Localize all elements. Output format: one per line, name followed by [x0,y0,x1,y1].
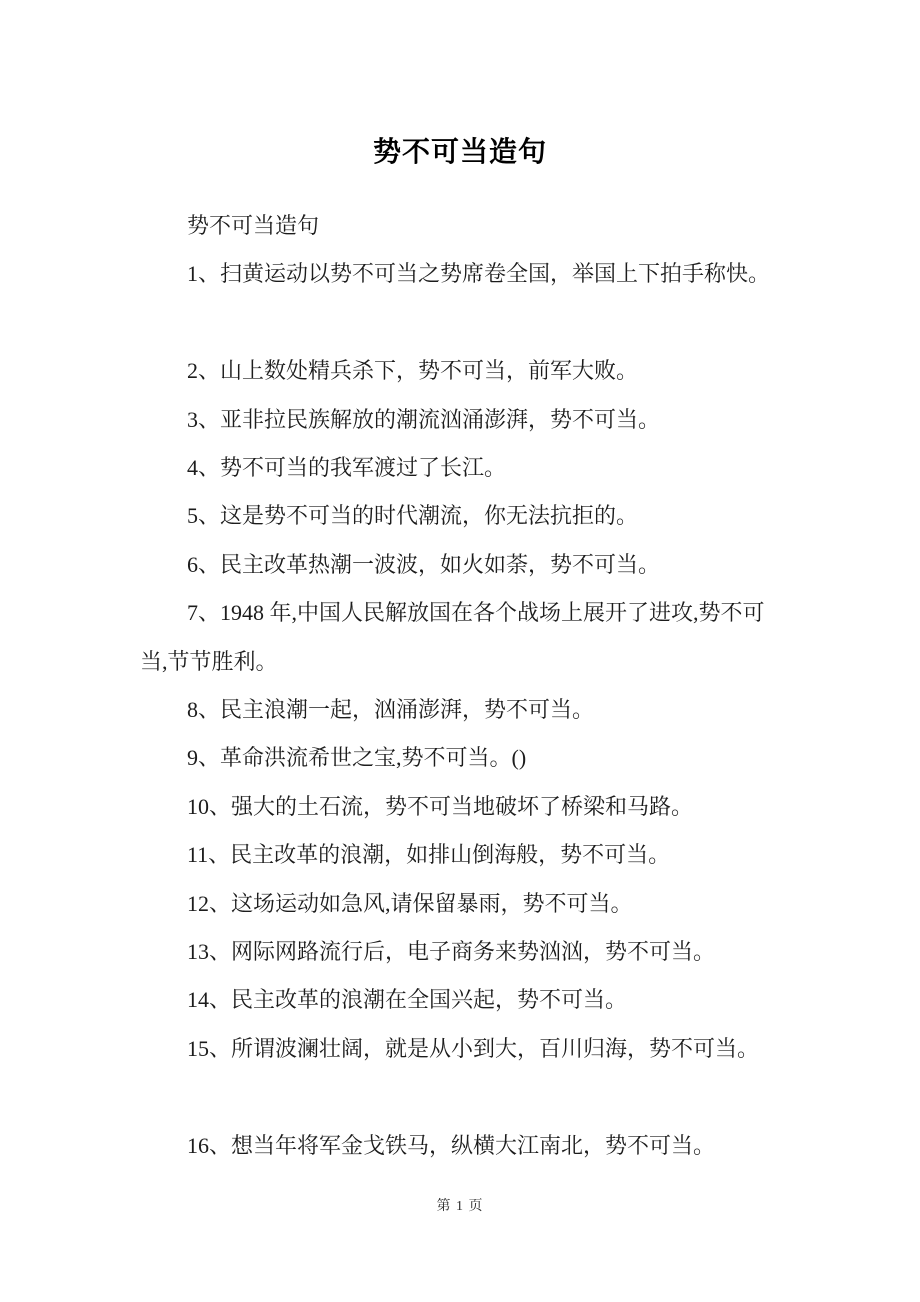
paragraph-sentence-4: 4、势不可当的我军渡过了长江。 [140,444,790,492]
paragraph-sentence-12: 12、这场运动如急风,请保留暴雨，势不可当。 [140,880,790,928]
paragraph-sentence-11: 11、民主改革的浪潮，如排山倒海般，势不可当。 [140,831,790,879]
paragraph-sentence-14: 14、民主改革的浪潮在全国兴起，势不可当。 [140,976,790,1024]
document-page: 势不可当造句 势不可当造句 1、扫黄运动以势不可当之势席卷全国，举国上下拍手称快… [0,0,920,1302]
paragraph-sentence-7: 7、1948 年,中国人民解放国在各个战场上展开了进攻,势不可当,节节胜利。 [140,589,790,686]
paragraph-sentence-5: 5、这是势不可当的时代潮流，你无法抗拒的。 [140,492,790,540]
paragraph-sentence-3: 3、亚非拉民族解放的潮流汹涌澎湃，势不可当。 [140,396,790,444]
paragraph-sentence-10: 10、强大的土石流，势不可当地破坏了桥梁和马路。 [140,783,790,831]
page-number-label: 第 1 页 [437,1199,484,1214]
paragraph-sentence-15: 15、所谓波澜壮阔，就是从小到大，百川归海，势不可当。 [140,1025,790,1073]
page-footer: 第 1 页 [0,1195,920,1215]
paragraph-sentence-16: 16、想当年将军金戈铁马，纵横大江南北，势不可当。 [140,1122,790,1170]
document-body: 势不可当造句 1、扫黄运动以势不可当之势席卷全国，举国上下拍手称快。 2、山上数… [0,202,920,1170]
paragraph-sentence-13: 13、网际网路流行后，电子商务来势汹汹，势不可当。 [140,928,790,976]
document-title: 势不可当造句 [0,0,920,168]
paragraph-blank [140,1073,790,1121]
paragraph-lead: 势不可当造句 [140,202,790,250]
paragraph-sentence-1: 1、扫黄运动以势不可当之势席卷全国，举国上下拍手称快。 [140,250,790,298]
paragraph-sentence-8: 8、民主浪潮一起，汹涌澎湃，势不可当。 [140,686,790,734]
paragraph-sentence-6: 6、民主改革热潮一波波，如火如荼，势不可当。 [140,541,790,589]
paragraph-blank [140,299,790,347]
paragraph-sentence-2: 2、山上数处精兵杀下，势不可当，前军大败。 [140,347,790,395]
paragraph-sentence-9: 9、革命洪流希世之宝,势不可当。() [140,734,790,782]
